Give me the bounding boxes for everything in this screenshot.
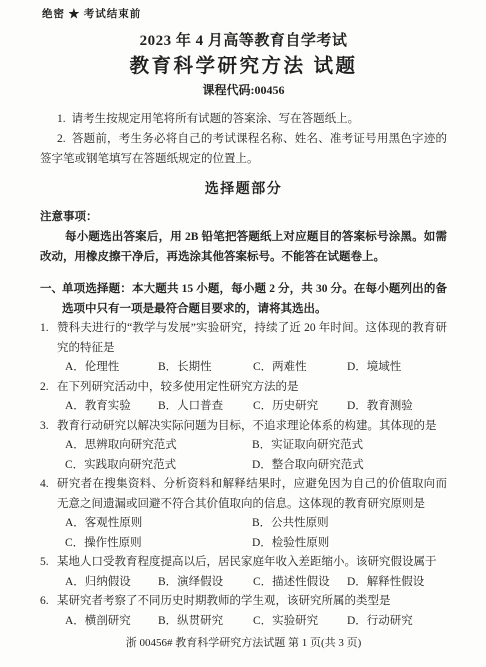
- classification-banner: 绝密 ★ 考试结束前: [42, 8, 447, 22]
- option-b: B．公共性原则: [252, 514, 447, 534]
- part-title: 选择题部分: [40, 181, 447, 199]
- notice-block: 注意事项： 每小题选出答案后，用 2B 铅笔把答题纸上对应题目的答案标号涂黑。如…: [40, 207, 447, 267]
- question-stem: 研究者在搜集资料、分析资料和解释结果时，应避免因为自己的价值取向而无意之间遗漏或…: [57, 475, 447, 514]
- options-row: A．伦理性 B．长期性 C．两难性 D．境域性: [57, 358, 447, 378]
- section-number: 一、: [40, 280, 62, 319]
- question-body: 赞科夫进行的“教学与发展”实验研究，持续了近 20 年时间。这体现的教育研究的特…: [57, 319, 447, 378]
- option-b: B．实证取向研究范式: [252, 436, 447, 456]
- exam-subject-title: 教育科学研究方法 试题: [40, 54, 447, 79]
- question-stem: 某研究者考察了不同历史时期教师的学生观，该研究所属的类型是: [57, 592, 447, 612]
- question-number: 2.: [40, 378, 57, 417]
- option-a: A．思辨取向研究范式: [65, 436, 252, 456]
- question-number: 5.: [40, 553, 57, 592]
- option-c: C．描述性假设: [253, 573, 347, 593]
- option-d: D．检验性原则: [252, 534, 447, 554]
- question-stem: 教育行动研究以解决实际问题为目标，不追求理论体系的构建。其体现的是: [57, 417, 447, 437]
- options-row: A．教育实验 B．人口普查 C．历史研究 D．教育测验: [57, 397, 447, 417]
- exam-paper-page: 绝密 ★ 考试结束前 2023 年 4 月高等教育自学考试 教育科学研究方法 试…: [0, 0, 486, 667]
- option-a: A．教育实验: [65, 397, 158, 417]
- course-code: 课程代码:00456: [40, 82, 447, 98]
- question-number: 1.: [40, 319, 57, 378]
- question-stem: 在下列研究活动中，较多使用定性研究方法的是: [57, 378, 447, 398]
- option-d: D．境域性: [347, 358, 447, 378]
- question-6: 6. 某研究者考察了不同历史时期教师的学生观，该研究所属的类型是 A．横剖研究 …: [40, 592, 447, 631]
- option-d: D．整合取向研究范式: [252, 456, 447, 476]
- option-a: A．客观性原则: [65, 514, 252, 534]
- option-d: D．行动研究: [347, 612, 447, 632]
- options-row: A．归纳假设 B．演绎假设 C．描述性假设 D．解释性假设: [57, 573, 447, 593]
- option-b: B．演绎假设: [158, 573, 253, 593]
- question-2: 2. 在下列研究活动中，较多使用定性研究方法的是 A．教育实验 B．人口普查 C…: [40, 378, 447, 417]
- notice-title: 注意事项：: [40, 207, 447, 227]
- question-number: 6.: [40, 592, 57, 631]
- instruction-text: 请考生按规定用笔将所有试题的答案涂、写在答题纸上。: [72, 113, 360, 125]
- instruction-number: 1.: [57, 113, 66, 125]
- general-instructions: 1.请考生按规定用笔将所有试题的答案涂、写在答题纸上。 2.答题前，考生务必将自…: [40, 109, 447, 169]
- option-a: A．伦理性: [65, 358, 158, 378]
- option-b: B．纵贯研究: [158, 612, 253, 632]
- question-body: 某研究者考察了不同历史时期教师的学生观，该研究所属的类型是 A．横剖研究 B．纵…: [57, 592, 447, 631]
- exam-title: 2023 年 4 月高等教育自学考试: [40, 31, 447, 51]
- question-stem: 赞科夫进行的“教学与发展”实验研究，持续了近 20 年时间。这体现的教育研究的特…: [57, 319, 447, 358]
- option-d: D．教育测验: [347, 397, 447, 417]
- options-row: A．横剖研究 B．纵贯研究 C．实验研究 D．行动研究: [57, 612, 447, 632]
- instruction-text: 答题前，考生务必将自己的考试课程名称、姓名、准考证号用黑色字迹的签字笔或钢笔填写…: [40, 133, 447, 165]
- option-c: C．历史研究: [253, 397, 347, 417]
- option-b: B．人口普查: [158, 397, 253, 417]
- question-number: 3.: [40, 417, 57, 476]
- option-c: C．实践取向研究范式: [65, 456, 252, 476]
- option-a: A．归纳假设: [65, 573, 158, 593]
- option-d: D．解释性假设: [347, 573, 447, 593]
- option-b: B．长期性: [158, 358, 253, 378]
- section-title-text: 单项选择题：本大题共 15 小题，每小题 2 分，共 30 分。在每小题列出的备…: [62, 280, 447, 319]
- option-c: C．实验研究: [253, 612, 347, 632]
- instruction-item-2: 2.答题前，考生务必将自己的考试课程名称、姓名、准考证号用黑色字迹的签字笔或钢笔…: [40, 129, 447, 169]
- question-body: 某地人口受教育程度提高以后，居民家庭年收入差距缩小。该研究假设属于 A．归纳假设…: [57, 553, 447, 592]
- question-1: 1. 赞科夫进行的“教学与发展”实验研究，持续了近 20 年时间。这体现的教育研…: [40, 319, 447, 378]
- question-3: 3. 教育行动研究以解决实际问题为目标，不追求理论体系的构建。其体现的是 A．思…: [40, 417, 447, 476]
- question-5: 5. 某地人口受教育程度提高以后，居民家庭年收入差距缩小。该研究假设属于 A．归…: [40, 553, 447, 592]
- option-c: C．操作性原则: [65, 534, 252, 554]
- question-body: 教育行动研究以解决实际问题为目标，不追求理论体系的构建。其体现的是 A．思辨取向…: [57, 417, 447, 476]
- question-number: 4.: [40, 475, 57, 553]
- options-grid: A．客观性原则 B．公共性原则 C．操作性原则 D．检验性原则: [57, 514, 447, 553]
- question-body: 研究者在搜集资料、分析资料和解释结果时，应避免因为自己的价值取向而无意之间遗漏或…: [57, 475, 447, 553]
- notice-body: 每小题选出答案后，用 2B 铅笔把答题纸上对应题目的答案标号涂黑。如需改动，用橡…: [40, 227, 447, 267]
- question-4: 4. 研究者在搜集资料、分析资料和解释结果时，应避免因为自己的价值取向而无意之间…: [40, 475, 447, 553]
- options-grid: A．思辨取向研究范式 B．实证取向研究范式 C．实践取向研究范式 D．整合取向研…: [57, 436, 447, 475]
- option-a: A．横剖研究: [65, 612, 158, 632]
- section-1-heading: 一、 单项选择题：本大题共 15 小题，每小题 2 分，共 30 分。在每小题列…: [40, 280, 447, 319]
- page-footer: 浙 00456# 教育科学研究方法试题 第 1 页(共 3 页): [40, 636, 447, 651]
- question-stem: 某地人口受教育程度提高以后，居民家庭年收入差距缩小。该研究假设属于: [57, 553, 447, 573]
- question-body: 在下列研究活动中，较多使用定性研究方法的是 A．教育实验 B．人口普查 C．历史…: [57, 378, 447, 417]
- option-c: C．两难性: [253, 358, 347, 378]
- instruction-number: 2.: [57, 133, 66, 145]
- instruction-item-1: 1.请考生按规定用笔将所有试题的答案涂、写在答题纸上。: [40, 109, 447, 129]
